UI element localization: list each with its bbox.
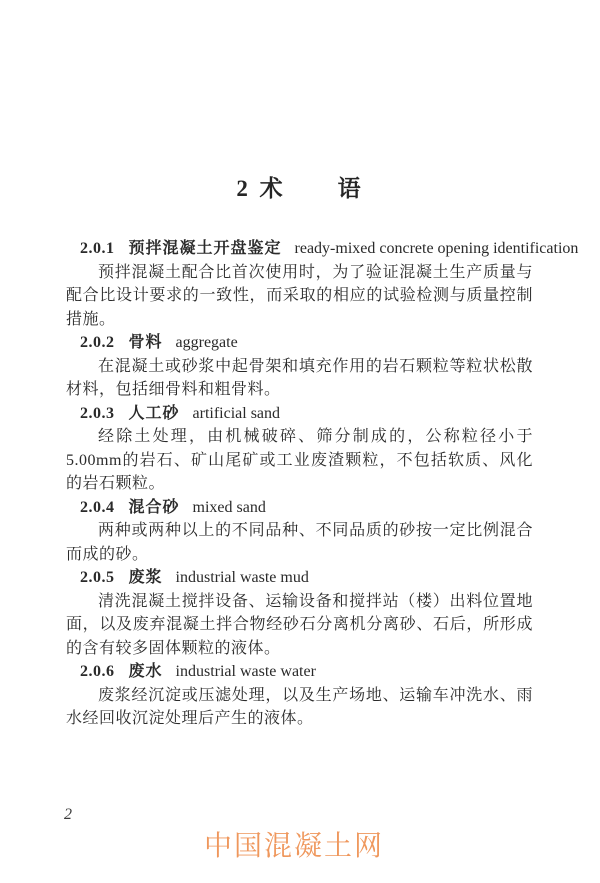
term-chinese: 混合砂: [129, 499, 180, 516]
term-chinese: 预拌混凝土开盘鉴定: [129, 240, 282, 257]
term-definition: 预拌混凝土配合比首次使用时，为了验证混凝土生产质量与配合比设计要求的一致性，而采…: [66, 261, 533, 332]
term-section-2-0-3: 2.0.3 人工砂 artificial sand 经除土处理，由机械破碎、筛分…: [66, 402, 533, 496]
document-page: 2 术 语 2.0.1 预拌混凝土开盘鉴定 ready-mixed concre…: [0, 0, 600, 883]
term-section-2-0-5: 2.0.5 废浆 industrial waste mud 清洗混凝土搅拌设备、…: [66, 566, 533, 660]
term-section-2-0-6: 2.0.6 废水 industrial waste water 废浆经沉淀或压滤…: [66, 660, 533, 731]
term-english: aggregate: [176, 334, 238, 351]
term-heading: 2.0.6 废水 industrial waste water: [66, 660, 533, 684]
term-definition: 清洗混凝土搅拌设备、运输设备和搅拌站（楼）出料位置地面，以及废弃混凝土拌合物经砂…: [66, 590, 533, 661]
chapter-title: 2 术 语: [0, 170, 600, 203]
term-heading: 2.0.1 预拌混凝土开盘鉴定 ready-mixed concrete ope…: [66, 237, 533, 261]
term-number: 2.0.1: [80, 240, 115, 257]
term-definition: 两种或两种以上的不同品种、不同品质的砂按一定比例混合而成的砂。: [66, 519, 533, 566]
term-heading: 2.0.4 混合砂 mixed sand: [66, 496, 533, 520]
term-chinese: 废浆: [129, 569, 163, 586]
term-heading: 2.0.3 人工砂 artificial sand: [66, 402, 533, 426]
term-english: ready-mixed concrete opening identificat…: [295, 240, 579, 257]
term-section-2-0-4: 2.0.4 混合砂 mixed sand 两种或两种以上的不同品种、不同品质的砂…: [66, 496, 533, 567]
term-section-2-0-1: 2.0.1 预拌混凝土开盘鉴定 ready-mixed concrete ope…: [66, 237, 533, 331]
term-number: 2.0.2: [80, 334, 115, 351]
terms-content: 2.0.1 预拌混凝土开盘鉴定 ready-mixed concrete ope…: [66, 237, 533, 731]
page-number: 2: [64, 806, 72, 824]
term-english: industrial waste water: [176, 663, 316, 680]
term-number: 2.0.4: [80, 499, 115, 516]
term-section-2-0-2: 2.0.2 骨料 aggregate 在混凝土或砂浆中起骨架和填充作用的岩石颗粒…: [66, 331, 533, 402]
term-number: 2.0.6: [80, 663, 115, 680]
term-english: industrial waste mud: [176, 569, 309, 586]
term-english: artificial sand: [193, 405, 281, 422]
term-definition: 经除土处理，由机械破碎、筛分制成的，公称粒径小于5.00mm的岩石、矿山尾矿或工…: [66, 425, 533, 496]
term-number: 2.0.5: [80, 569, 115, 586]
term-chinese: 人工砂: [129, 405, 180, 422]
term-definition: 在混凝土或砂浆中起骨架和填充作用的岩石颗粒等粒状松散材料，包括细骨料和粗骨料。: [66, 355, 533, 402]
term-chinese: 骨料: [129, 334, 163, 351]
term-heading: 2.0.2 骨料 aggregate: [66, 331, 533, 355]
watermark-text: 中国混凝土网: [0, 824, 588, 864]
term-number: 2.0.3: [80, 405, 115, 422]
term-chinese: 废水: [129, 663, 163, 680]
term-definition: 废浆经沉淀或压滤处理，以及生产场地、运输车冲洗水、雨水经回收沉淀处理后产生的液体…: [66, 684, 533, 731]
term-english: mixed sand: [193, 499, 266, 516]
term-heading: 2.0.5 废浆 industrial waste mud: [66, 566, 533, 590]
